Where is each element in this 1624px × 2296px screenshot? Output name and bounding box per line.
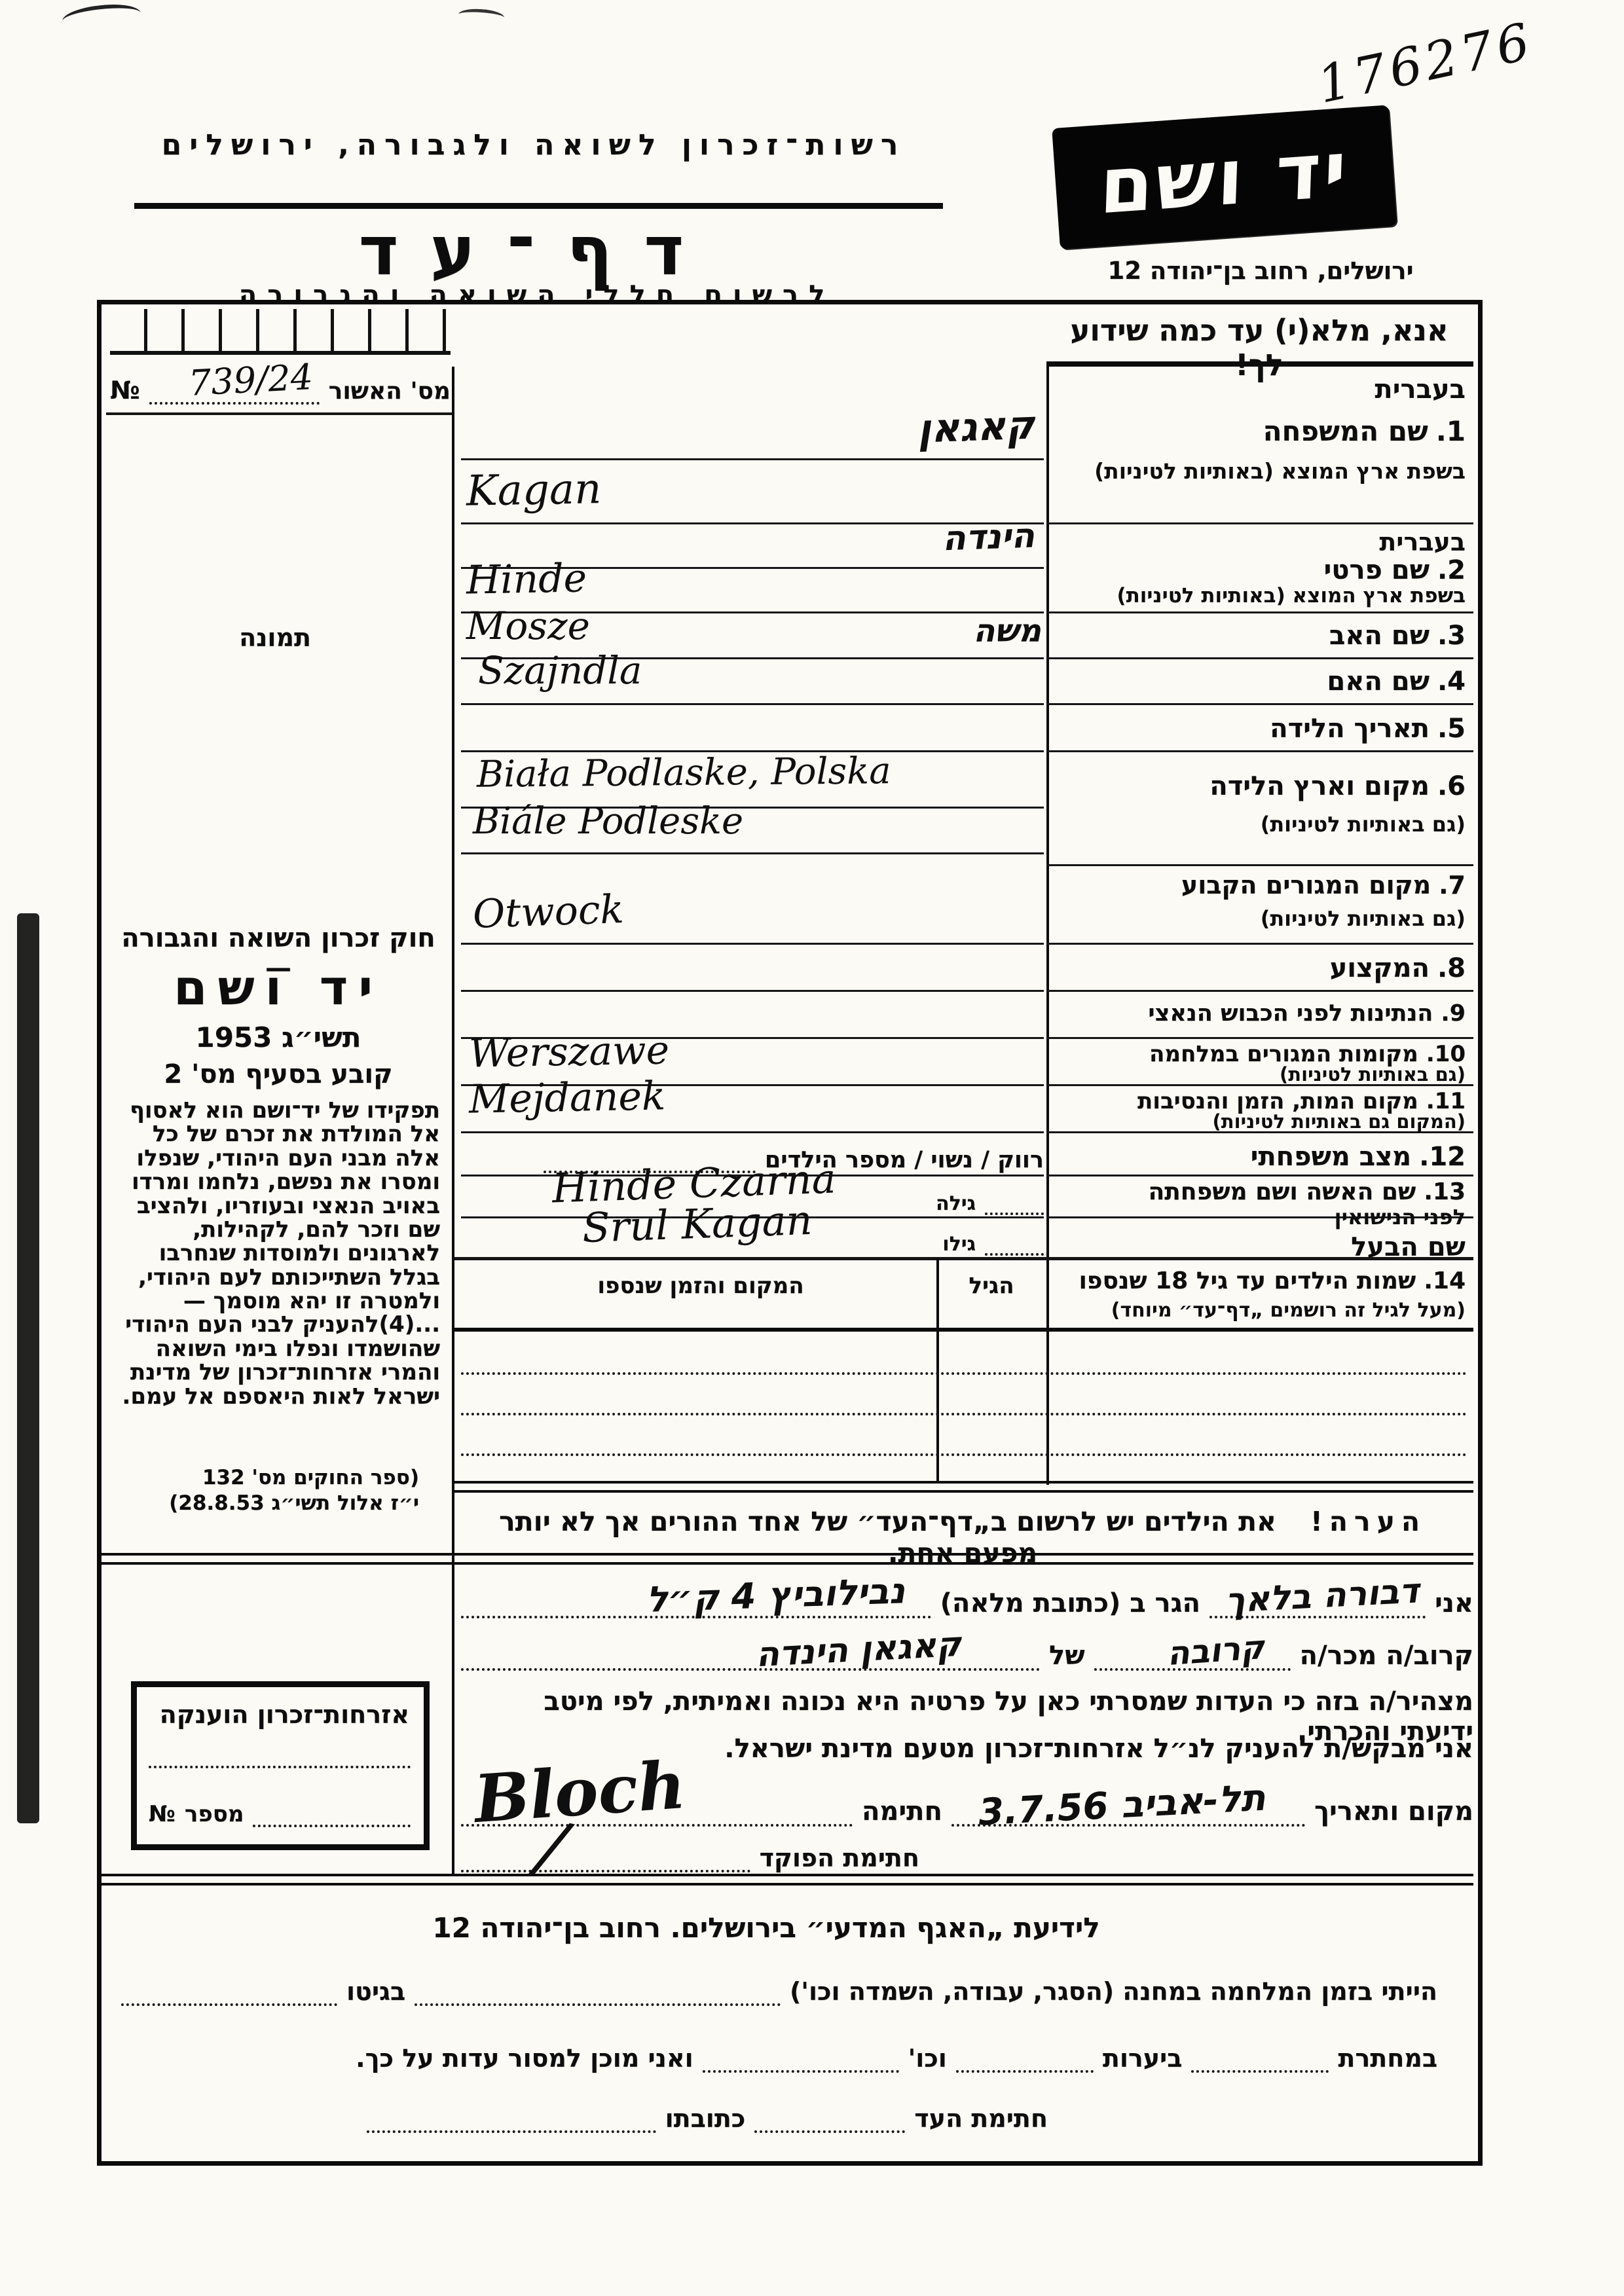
field13-sub: לפני הנישואין (1054, 1205, 1466, 1230)
field-separator (1046, 1037, 1473, 1039)
decl-relation-dots: קרובה (1094, 1631, 1291, 1671)
field14-label: 14.שמות הילדים עד גיל 18 שנספו (1054, 1267, 1466, 1294)
table-bottom-rule (454, 1481, 1473, 1493)
field9-label: 9.הנתינות לפני הכבוש הנאצי (1054, 1000, 1466, 1027)
field-separator (1046, 522, 1473, 524)
field6-text: מקום וארץ הלידה (1209, 771, 1430, 801)
labels-column-divider (1046, 367, 1049, 1485)
etc-blank (703, 2035, 899, 2073)
field13-text: שם האשה ושם משפחתה (1148, 1178, 1416, 1205)
answer-father-hebrew: משה (871, 613, 1041, 649)
field8-number: 8. (1437, 953, 1466, 983)
org-underline (134, 203, 943, 209)
decl-signature-label: חתימה (862, 1796, 942, 1827)
pen-scribble (61, 1, 141, 33)
field-separator (1046, 750, 1473, 752)
answer-birthplace: Biała Podlaske, Polska (477, 750, 891, 796)
scanned-testimony-page: 176276 רשות־זכרון לשואה ולגבורה, ירושלים… (0, 0, 1624, 2296)
field-separator (1046, 943, 1473, 945)
section-divider-rule (100, 1874, 1473, 1886)
bottom-line-witness: חתימת העד כתובתו (367, 2095, 1048, 2133)
table-row-line (461, 1372, 1467, 1375)
approval-row: מס' האשור 739/24 № (110, 365, 451, 405)
underground-label: במחתרת (1338, 2044, 1437, 2073)
form-title: דף־עד (288, 211, 786, 291)
witness-signature-blank (754, 2095, 905, 2133)
stamp-numero-sign: № (149, 1801, 175, 1827)
forests-label: ביערות (1103, 2044, 1183, 2073)
declaration-line-relation: קרוב/ה מכר/ה קרובה של קאגאן הינדה (461, 1631, 1473, 1671)
husband-age-label: גילו (942, 1233, 976, 1256)
bottom-line-underground: במחתרת ביערות וכו' ואני מוכן למסור עדות … (121, 2035, 1437, 2073)
witness-address-blank (367, 2095, 656, 2133)
bottom-line-camp: הייתי בזמן המלחמה במחנה (הסגר, עבודה, הש… (121, 1968, 1437, 2006)
file-number-handwritten: 176276 (1312, 12, 1538, 115)
field9-number: 9. (1441, 1000, 1466, 1027)
table-col-age: הגיל (940, 1273, 1043, 1299)
husband-row: גילו Srul Kagan (461, 1220, 1044, 1256)
address-line: ירושלים, רחוב בן־יהודה 12 (1048, 257, 1473, 285)
field6-label: 6.מקום וארץ הלידה (1054, 771, 1466, 801)
field9-text: הנתינות לפני הכבוש הנאצי (1148, 1000, 1433, 1027)
law-name: יד ושם (115, 960, 442, 1016)
approval-label: מס' האשור (329, 378, 451, 405)
field2-sub: בשפת ארץ המוצא (באותיות לטיניות) (1054, 584, 1466, 608)
witness-address-label: כתובתו (665, 2104, 746, 2133)
forests-blank (956, 2035, 1094, 2073)
field13-number: 13. (1424, 1178, 1466, 1205)
field7-sub: (גם באותיות לטיניות) (1054, 906, 1466, 931)
logo-text: יד ושם (1098, 123, 1350, 231)
field8-text: המקצוע (1330, 953, 1430, 983)
field-separator (1046, 703, 1473, 705)
husband-age-dots (985, 1220, 1044, 1256)
law-year: תשי״ג 1953 (115, 1021, 442, 1053)
field-separator (1046, 990, 1473, 992)
field14-sub: (מעל לגיל זה רושמים „דף־עד״ מיוחד) (1054, 1299, 1466, 1322)
answer-line (461, 1131, 1044, 1133)
field3-number: 3. (1437, 621, 1466, 651)
husband-name-handwritten: Srul Kagan (581, 1196, 813, 1252)
field7-number: 7. (1439, 871, 1466, 900)
fill-instruction: אנא, מלא(י) עד כמה שידוע לך! (1046, 313, 1472, 382)
table-row-line (461, 1453, 1467, 1456)
scan-edge-strip (17, 913, 39, 1823)
decl-of-dots: קאגאן הינדה (461, 1631, 1040, 1671)
approval-underline (106, 412, 453, 415)
field1-language: בעברית (1054, 374, 1466, 405)
answer-birthplace-latin: Biále Podleske (473, 800, 743, 843)
decl-address-dots: נבילוביץ 4 ק״ל (461, 1576, 931, 1618)
field2-number: 2. (1437, 555, 1466, 585)
field5-label: 5.תאריך הלידה (1054, 714, 1466, 744)
declaration-line-signature: מקום ותאריך תל-אביב 3.7.56 חתימה Bloch (461, 1768, 1473, 1827)
field-separator (1046, 1175, 1473, 1176)
field2-language: בעברית (1054, 528, 1466, 556)
camp-label: הייתי בזמן המלחמה במחנה (הסגר, עבודה, הש… (790, 1977, 1437, 2006)
left-column-divider (452, 367, 454, 1875)
decl-relation-label: קרוב/ה מכר/ה (1300, 1641, 1473, 1671)
law-citation: (ספר החוקים מס' 132 י״ז אלול תשי״ג 28.8.… (131, 1465, 419, 1516)
field1-text: שם המשפחה (1263, 415, 1428, 447)
field3-label: 3.שם האב (1054, 621, 1466, 651)
decl-name-handwritten: דבורה בלאך (1224, 1571, 1420, 1620)
numero-sign: № (110, 376, 140, 405)
declaration-line-identity: אני דבורה בלאך הגר ב (כתובת מלאה) נבילוב… (461, 1576, 1473, 1618)
approval-value-handwritten: 739/24 (187, 356, 314, 404)
answer-line (461, 852, 1044, 854)
field-separator (1046, 611, 1473, 613)
field1-sub: בשפת ארץ המוצא (באותיות לטיניות) (1054, 458, 1466, 484)
instruction-bottom-rule (1046, 361, 1473, 367)
field11-sub: (המקום גם באותיות לטיניות) (1054, 1110, 1466, 1133)
answer-residence: Otwock (472, 886, 625, 938)
decl-victim-handwritten: קאגאן הינדה (755, 1625, 963, 1675)
decl-resides-label: הגר ב (כתובת מלאה) (940, 1588, 1200, 1618)
decl-of-label: של (1049, 1641, 1085, 1671)
table-divider-age-left (936, 1258, 939, 1484)
field6-sub: (גם באותיות לטיניות) (1054, 812, 1466, 837)
field12-number: 12. (1419, 1142, 1466, 1172)
field4-text: שם האם (1327, 666, 1430, 697)
answer-mother-latin: Szajndla (478, 648, 642, 693)
answer-father-latin: Mosze (466, 604, 590, 648)
table-col-place: המקום והזמן שנספו (498, 1273, 904, 1299)
clerk-dots: / (461, 1833, 750, 1872)
field12-text: מצב משפחתי (1251, 1142, 1412, 1172)
answer-surname-latin: Kagan (466, 465, 602, 516)
witness-signature: Bloch (471, 1746, 688, 1838)
field10-sub: (גם באותיות לטיניות) (1054, 1063, 1466, 1085)
wife-age-label: גילה (936, 1192, 976, 1215)
decl-i-label: אני (1435, 1588, 1473, 1618)
stamp-box-line (149, 1766, 411, 1768)
decl-place-date-label: מקום ותאריך (1314, 1796, 1473, 1827)
field4-label: 4.שם האם (1054, 666, 1466, 697)
decl-name-dots: דבורה בלאך (1209, 1576, 1426, 1618)
answer-firstname-latin: Hinde (466, 555, 587, 603)
witness-signature-label: חתימת העד (914, 2104, 1048, 2133)
field14-number: 14. (1424, 1267, 1466, 1294)
table-header-rule (454, 1328, 1473, 1332)
field-separator (1046, 657, 1473, 659)
answer-line (461, 990, 1044, 992)
field7-text: מקום המגורים הקבוע (1181, 871, 1431, 900)
decl-place-date-handwritten: תל-אביב 3.7.56 (978, 1777, 1267, 1834)
field2-label: 2.שם פרטי (1054, 555, 1466, 585)
org-name: רשות־זכרון לשואה ולגבורה, ירושלים (124, 128, 943, 162)
photo-label: תמונה (196, 623, 354, 652)
stamp-number-dots (253, 1791, 411, 1827)
decl-address-handwritten: נבילוביץ 4 ק״ל (646, 1570, 906, 1620)
ruled-tick-strip (110, 309, 451, 355)
underground-blank (1191, 2035, 1329, 2073)
table-row-line (461, 1413, 1467, 1415)
decl-relation-handwritten: קרובה (1166, 1628, 1266, 1673)
field8-label: 8.המקצוע (1054, 953, 1466, 983)
etc-label: וכו' (908, 2044, 947, 2073)
answer-line (461, 703, 1044, 705)
field6-number: 6. (1437, 771, 1466, 801)
field13-label: 13.שם האשה ושם משפחתה (1054, 1178, 1466, 1205)
ghetto-label: בגיטו (346, 1977, 405, 2006)
stamp-box-number-row: מספר № (149, 1791, 411, 1827)
stamp-number-label: מספר (185, 1801, 244, 1827)
field1-number: 1. (1436, 415, 1466, 447)
approval-dots: 739/24 (149, 365, 320, 405)
note-bottom-rule (100, 1553, 1473, 1565)
answer-war-residence: Werszawe (468, 1027, 669, 1076)
law-section: קובע בסעיף מס' 2 (115, 1059, 442, 1089)
citizenship-stamp-box: אזרחות־זכרון הוענקה מספר № (131, 1681, 430, 1850)
clerk-signature-row: חתימת הפוקד / (461, 1833, 919, 1872)
field2-text: שם פרטי (1324, 555, 1430, 585)
decl-signature-dots: Bloch (461, 1768, 853, 1827)
stamp-box-title: אזרחות־זכרון הוענקה (160, 1700, 409, 1729)
field1-label: 1.שם המשפחה (1054, 415, 1466, 447)
clerk-label: חתימת הפוקד (760, 1844, 919, 1872)
testify-label: ואני מוכן למסור עדות על כך. (356, 2044, 693, 2073)
yad-vashem-logo: יד ושם (1052, 105, 1397, 249)
bottom-title: לידיעת „האגף המדעי״ בירושלים. רחוב בן־יה… (275, 1912, 1257, 1944)
field14-text: שמות הילדים עד גיל 18 שנספו (1079, 1267, 1416, 1294)
field3-text: שם האב (1329, 621, 1430, 651)
field7-label: 7.מקום המגורים הקבוע (1054, 871, 1466, 900)
table-top-line (454, 1257, 1473, 1260)
answer-surname-hebrew: קאגאן (752, 403, 1035, 458)
pen-scribble-2 (458, 8, 504, 25)
field-separator (1046, 864, 1473, 866)
law-text: תפקידו של יד־ושם הוא לאסוף אל המולדת את … (117, 1099, 440, 1408)
ghetto-blank (121, 1968, 337, 2006)
answer-death-place: Mejdanek (468, 1073, 665, 1122)
field5-text: תאריך הלידה (1270, 714, 1430, 744)
field4-number: 4. (1437, 666, 1466, 697)
note-title: הערה! (1310, 1506, 1426, 1537)
field5-number: 5. (1437, 714, 1466, 744)
camp-blank (415, 1968, 781, 2006)
decl-place-date-dots: תל-אביב 3.7.56 (951, 1768, 1305, 1827)
field12-label: 12.מצב משפחתי (1054, 1142, 1466, 1172)
wife-age-dots (985, 1180, 1044, 1215)
answer-line (461, 458, 1044, 460)
answer-line (461, 943, 1044, 945)
